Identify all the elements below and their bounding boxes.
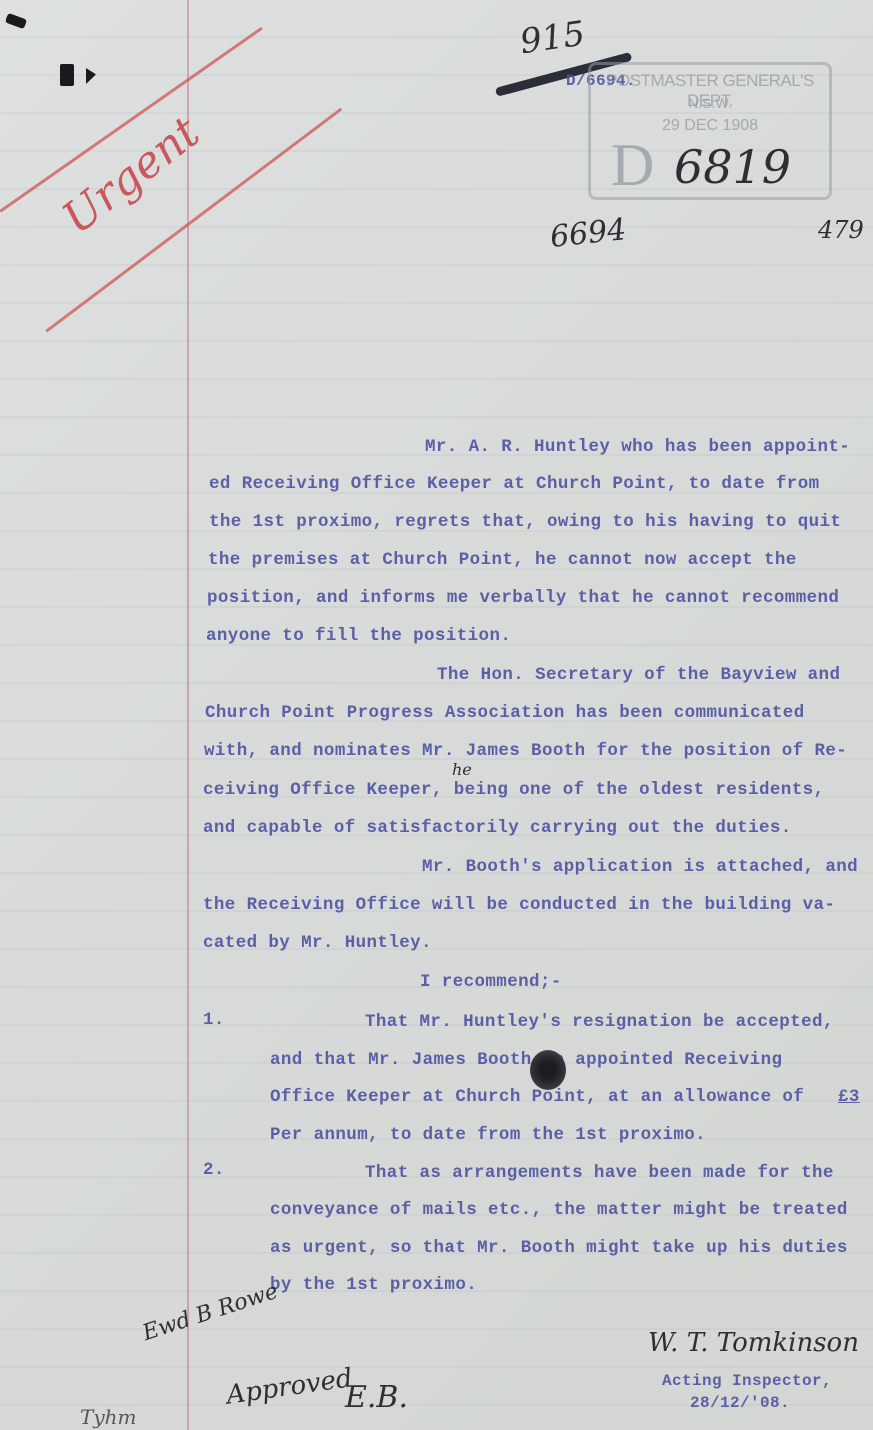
body-line: cated by Mr. Huntley.	[203, 933, 432, 953]
stamp-handwritten-number: 6819	[674, 140, 791, 194]
stamp-state: N.S.W.	[591, 95, 829, 111]
signatory-title: Acting Inspector,	[662, 1372, 832, 1390]
body-line: position, and informs me verbally that h…	[207, 588, 839, 608]
body-line: with, and nominates Mr. James Booth for …	[204, 741, 847, 761]
recommendation-number: 1.	[203, 1010, 225, 1030]
body-line: the Receiving Office will be conducted i…	[203, 895, 835, 915]
recommendation-line: That as arrangements have been made for …	[365, 1163, 834, 1183]
body-line: ed Receiving Office Keeper at Church Poi…	[209, 474, 820, 494]
margin-rule	[187, 0, 189, 1430]
recommendation-line: Per annum, to date from the 1st proximo.	[270, 1125, 706, 1145]
body-line: Mr. Booth's application is attached, and	[422, 857, 858, 877]
stamp-letter: D	[611, 131, 654, 200]
recommend-heading: I recommend;-	[420, 972, 562, 992]
body-line: Church Point Progress Association has be…	[205, 703, 805, 723]
body-line: and capable of satisfactorily carrying o…	[203, 818, 792, 838]
ink-blot	[530, 1050, 566, 1090]
insertion-he: he	[452, 760, 472, 779]
recommendation-line: conveyance of mails etc., the matter mig…	[270, 1200, 848, 1220]
body-line: anyone to fill the position.	[206, 626, 511, 646]
recommendation-line: Office Keeper at Church Point, at an all…	[270, 1087, 815, 1107]
recommendation-number: 2.	[203, 1160, 225, 1180]
signature-tomkinson: W. T. Tomkinson	[648, 1328, 859, 1358]
body-line: ceiving Office Keeper, being one of the …	[203, 780, 824, 800]
handwritten-number-479: 479	[818, 216, 864, 244]
signatory-date: 28/12/'08.	[690, 1394, 790, 1412]
recommendation-line: by the 1st proximo.	[270, 1275, 477, 1295]
recommendation-line: and that Mr. James Booth be appointed Re…	[270, 1050, 782, 1070]
approval-initials: E.B.	[345, 1380, 408, 1415]
allowance-amount: £3	[838, 1087, 860, 1107]
recommendation-line: as urgent, so that Mr. Booth might take …	[270, 1238, 848, 1258]
body-line: the premises at Church Point, he cannot …	[208, 550, 797, 570]
recommendation-line: That Mr. Huntley's resignation be accept…	[365, 1012, 834, 1032]
body-line: Mr. A. R. Huntley who has been appoint-	[425, 437, 850, 457]
body-line: the 1st proximo, regrets that, owing to …	[209, 512, 841, 532]
body-line: The Hon. Secretary of the Bayview and	[437, 665, 840, 685]
bottom-left-annotation: Tyhm	[80, 1405, 136, 1429]
punch-hole	[60, 64, 74, 86]
